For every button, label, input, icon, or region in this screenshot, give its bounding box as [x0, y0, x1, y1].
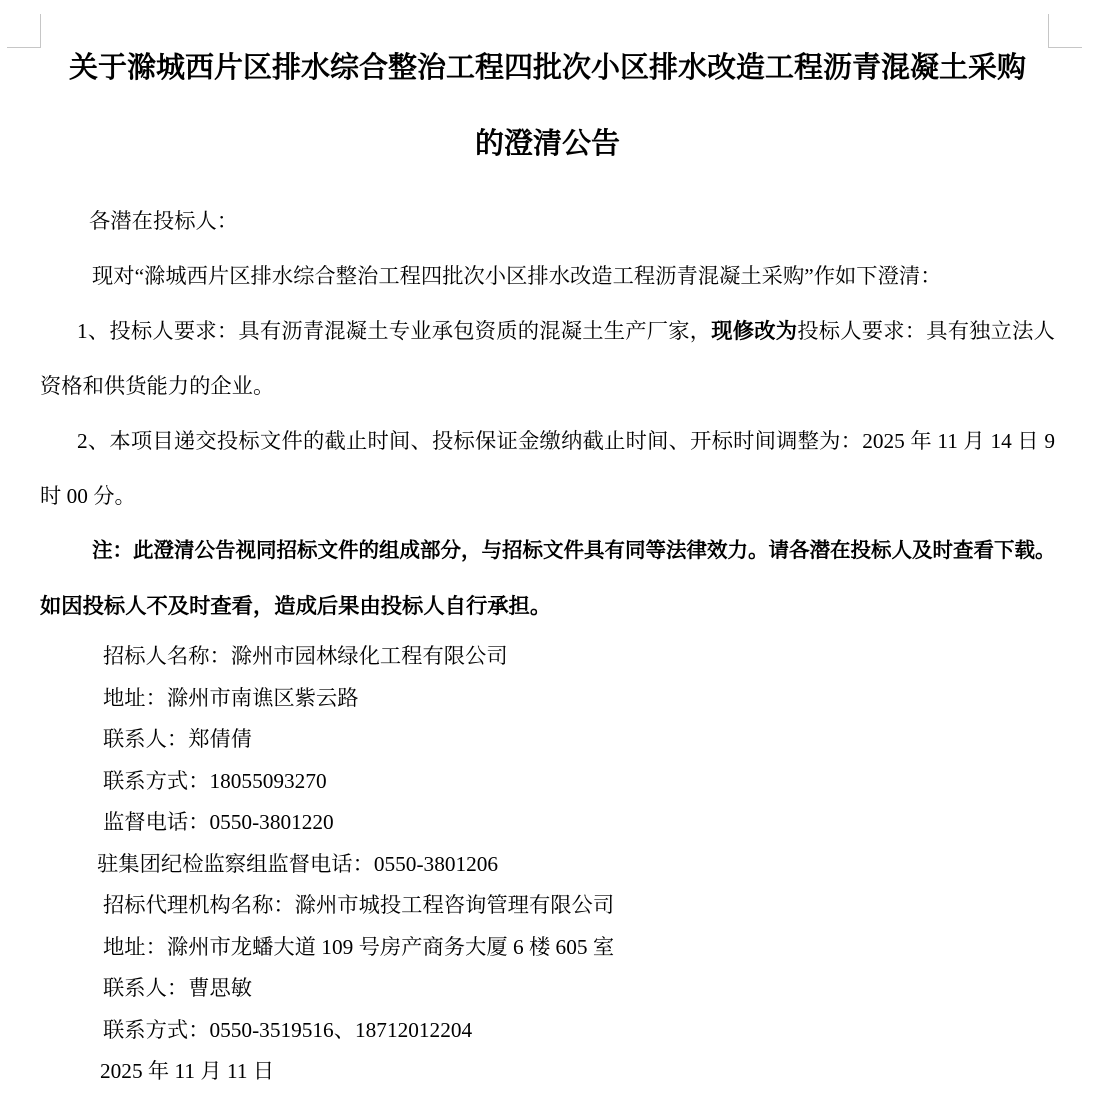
- clarification-item-2-line-2: 时 00 分。: [40, 469, 1055, 524]
- clarification-item-1-line-2: 资格和供货能力的企业。: [40, 359, 1055, 414]
- salutation-line: 各潜在投标人：: [40, 194, 1055, 249]
- document-title: 关于滁城西片区排水综合整治工程四批次小区排水改造工程沥青混凝土采购 的澄清公告: [0, 30, 1095, 182]
- note-paragraph-line-1: 注：此澄清公告视同招标文件的组成部分，与招标文件具有同等法律效力。请各潜在投标人…: [40, 524, 1055, 579]
- agency-contact-phone-line: 联系方式：0550-3519516、18712012204: [40, 1010, 1055, 1052]
- clarification-item-1-line-1: 1、投标人要求：具有沥青混凝土专业承包资质的混凝土生产厂家，现修改为投标人要求：…: [40, 304, 1055, 359]
- agency-address-line: 地址：滁州市龙蟠大道 109 号房产商务大厦 6 楼 605 室: [40, 927, 1055, 969]
- item1-modified-to-bold-text: 现修改为: [711, 319, 797, 343]
- document-title-line-2: 的澄清公告: [0, 106, 1095, 182]
- agency-name-line: 招标代理机构名称：滁州市城投工程咨询管理有限公司: [40, 885, 1055, 927]
- tenderer-contact-phone-line: 联系方式：18055093270: [40, 761, 1055, 803]
- intro-paragraph: 现对“滁城西片区排水综合整治工程四批次小区排水改造工程沥青混凝土采购”作如下澄清…: [40, 249, 1055, 304]
- item1-original-requirement-text: 1、投标人要求：具有沥青混凝土专业承包资质的混凝土生产厂家，: [77, 319, 711, 343]
- tenderer-contact-person-line: 联系人：郑倩倩: [40, 719, 1055, 761]
- tenderer-address-line: 地址：滁州市南谯区紫云路: [40, 678, 1055, 720]
- discipline-inspection-phone-line: 驻集团纪检监察组监督电话：0550-3801206: [40, 844, 1055, 886]
- text-boundary-mark-top-right-icon: [1048, 14, 1082, 48]
- announcement-date: 2025 年 11 月 11 日: [40, 1051, 1055, 1093]
- clarification-item-2-line-1: 2、本项目递交投标文件的截止时间、投标保证金缴纳截止时间、开标时间调整为：202…: [40, 414, 1055, 469]
- agency-contact-person-line: 联系人：曹思敏: [40, 968, 1055, 1010]
- announcement-body: 各潜在投标人： 现对“滁城西片区排水综合整治工程四批次小区排水改造工程沥青混凝土…: [40, 194, 1055, 634]
- document-title-line-1: 关于滁城西片区排水综合整治工程四批次小区排水改造工程沥青混凝土采购: [0, 30, 1095, 106]
- text-boundary-mark-top-left-icon: [7, 14, 41, 48]
- tenderer-name-line: 招标人名称：滁州市园林绿化工程有限公司: [40, 636, 1055, 678]
- document-page: 关于滁城西片区排水综合整治工程四批次小区排水改造工程沥青混凝土采购 的澄清公告 …: [0, 0, 1095, 1096]
- contact-info-section: 招标人名称：滁州市园林绿化工程有限公司 地址：滁州市南谯区紫云路 联系人：郑倩倩…: [40, 636, 1055, 1093]
- item1-new-requirement-text: 投标人要求：具有独立法人: [797, 319, 1055, 343]
- supervision-phone-line: 监督电话：0550-3801220: [40, 802, 1055, 844]
- note-paragraph-line-2: 如因投标人不及时查看，造成后果由投标人自行承担。: [40, 579, 1055, 634]
